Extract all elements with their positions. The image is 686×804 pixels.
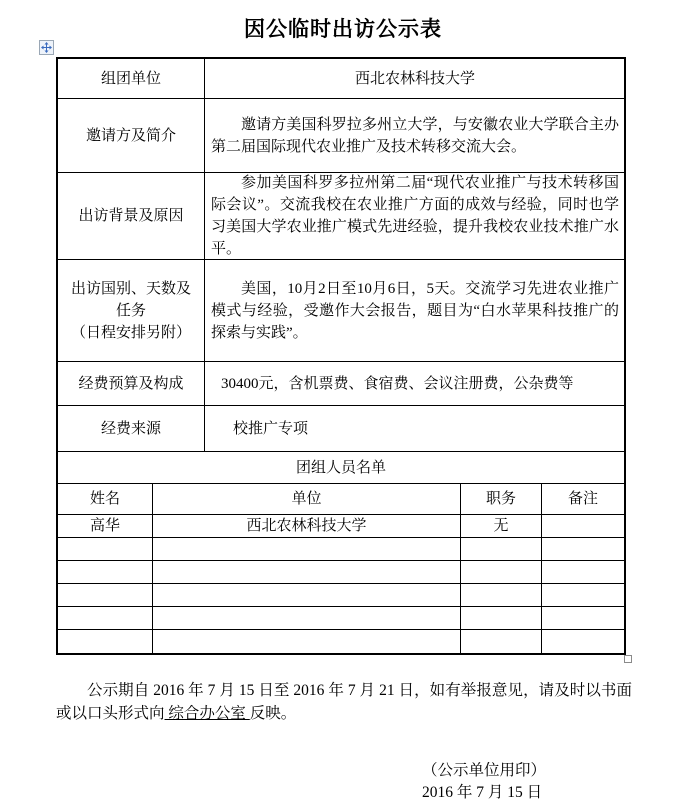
roster-cell-note: [542, 584, 624, 606]
roster-header-note: 备注: [542, 484, 624, 514]
info-row-label: 邀请方及简介: [58, 99, 205, 172]
roster-row: [58, 538, 624, 561]
signature-block: （公示单位用印） 2016 年 7 月 15 日: [422, 760, 546, 804]
signature-seal-line: （公示单位用印）: [422, 760, 546, 782]
roster-cell-name: [58, 607, 153, 629]
roster-header-name: 姓名: [58, 484, 153, 514]
roster-cell-name: [58, 630, 153, 653]
info-row-label: 经费来源: [58, 406, 205, 451]
roster-header-position: 职务: [461, 484, 542, 514]
roster-cell-unit: 西北农林科技大学: [153, 515, 461, 537]
roster-cell-position: [461, 561, 542, 583]
info-row-value-text: 邀请方美国科罗拉多州立大学，与安徽农业大学联合主办第二届国际现代农业推广及技术转…: [211, 114, 619, 158]
roster-cell-position: [461, 630, 542, 653]
roster-row: [58, 561, 624, 584]
roster-cell-position: [461, 607, 542, 629]
table-row: 组团单位 西北农林科技大学: [58, 59, 624, 99]
page-title: 因公临时出访公示表: [0, 13, 686, 43]
roster-row: [58, 584, 624, 607]
roster-cell-position: [461, 584, 542, 606]
move-arrows-icon: [41, 42, 52, 53]
info-row-label: 出访背景及原因: [58, 173, 205, 259]
table-row: 经费来源 校推广专项: [58, 406, 624, 452]
info-row-value: 校推广专项: [205, 406, 624, 451]
roster-cell-note: [542, 538, 624, 560]
notice-underlined-blank: 综合办公室: [165, 705, 250, 722]
signature-date-line: 2016 年 7 月 15 日: [422, 782, 546, 804]
table-row: 出访国别、天数及 任务 （日程安排另附） 美国，10月2日至10月6日，5天。交…: [58, 260, 624, 362]
roster-cell-note: [542, 561, 624, 583]
roster-cell-note: [542, 630, 624, 653]
notice-paragraph: 公示期自 2016 年 7 月 15 日至 2016 年 7 月 21 日，如有…: [56, 679, 632, 725]
table-move-handle[interactable]: [39, 40, 54, 55]
roster-cell-name: 高华: [58, 515, 153, 537]
info-row-label: 经费预算及构成: [58, 362, 205, 405]
roster-cell-position: [461, 538, 542, 560]
table-row: 经费预算及构成 30400元，含机票费、食宿费、会议注册费，公杂费等: [58, 362, 624, 406]
roster-cell-note: [542, 607, 624, 629]
roster-cell-name: [58, 561, 153, 583]
table-row: 邀请方及简介 邀请方美国科罗拉多州立大学，与安徽农业大学联合主办第二届国际现代农…: [58, 99, 624, 173]
info-row-value: 西北农林科技大学: [205, 59, 624, 98]
notice-suffix: 反映。: [250, 705, 297, 722]
info-row-value: 30400元，含机票费、食宿费、会议注册费，公杂费等: [205, 362, 624, 405]
roster-cell-note: [542, 515, 624, 537]
roster-cell-unit: [153, 584, 461, 606]
info-row-value: 美国，10月2日至10月6日，5天。交流学习先进农业推广模式与经验，受邀作大会报…: [205, 260, 624, 361]
roster-cell-unit: [153, 561, 461, 583]
info-row-label: 组团单位: [58, 59, 205, 98]
roster-cell-unit: [153, 607, 461, 629]
roster-section-title: 团组人员名单: [58, 452, 624, 484]
roster-cell-name: [58, 538, 153, 560]
roster-cell-unit: [153, 538, 461, 560]
roster-row: [58, 607, 624, 630]
notice-form-table: 组团单位 西北农林科技大学 邀请方及简介 邀请方美国科罗拉多州立大学，与安徽农业…: [56, 57, 626, 655]
roster-cell-position: 无: [461, 515, 542, 537]
info-row-value-text: 参加美国科罗多拉州第二届“现代农业推广与技术转移国际会议”。交流我校在农业推广方…: [211, 172, 619, 260]
info-row-value: 参加美国科罗多拉州第二届“现代农业推广与技术转移国际会议”。交流我校在农业推广方…: [205, 173, 624, 259]
document-page: 因公临时出访公示表 组团单位 西北农林科技大学 邀请方及简介: [0, 0, 686, 804]
info-row-value: 邀请方美国科罗拉多州立大学，与安徽农业大学联合主办第二届国际现代农业推广及技术转…: [205, 99, 624, 172]
roster-header-unit: 单位: [153, 484, 461, 514]
notice-prefix: 公示期自 2016 年 7 月 15 日至 2016 年 7 月 21 日，如有…: [56, 682, 632, 722]
roster-row: 高华 西北农林科技大学 无: [58, 515, 624, 538]
info-row-value-text: 美国，10月2日至10月6日，5天。交流学习先进农业推广模式与经验，受邀作大会报…: [211, 278, 619, 344]
roster-cell-unit: [153, 630, 461, 653]
roster-header-row: 姓名 单位 职务 备注: [58, 484, 624, 515]
roster-cell-name: [58, 584, 153, 606]
table-resize-handle[interactable]: [624, 655, 632, 663]
roster-row: [58, 630, 624, 653]
info-row-label: 出访国别、天数及 任务 （日程安排另附）: [58, 260, 205, 361]
table-row: 出访背景及原因 参加美国科罗多拉州第二届“现代农业推广与技术转移国际会议”。交流…: [58, 173, 624, 260]
